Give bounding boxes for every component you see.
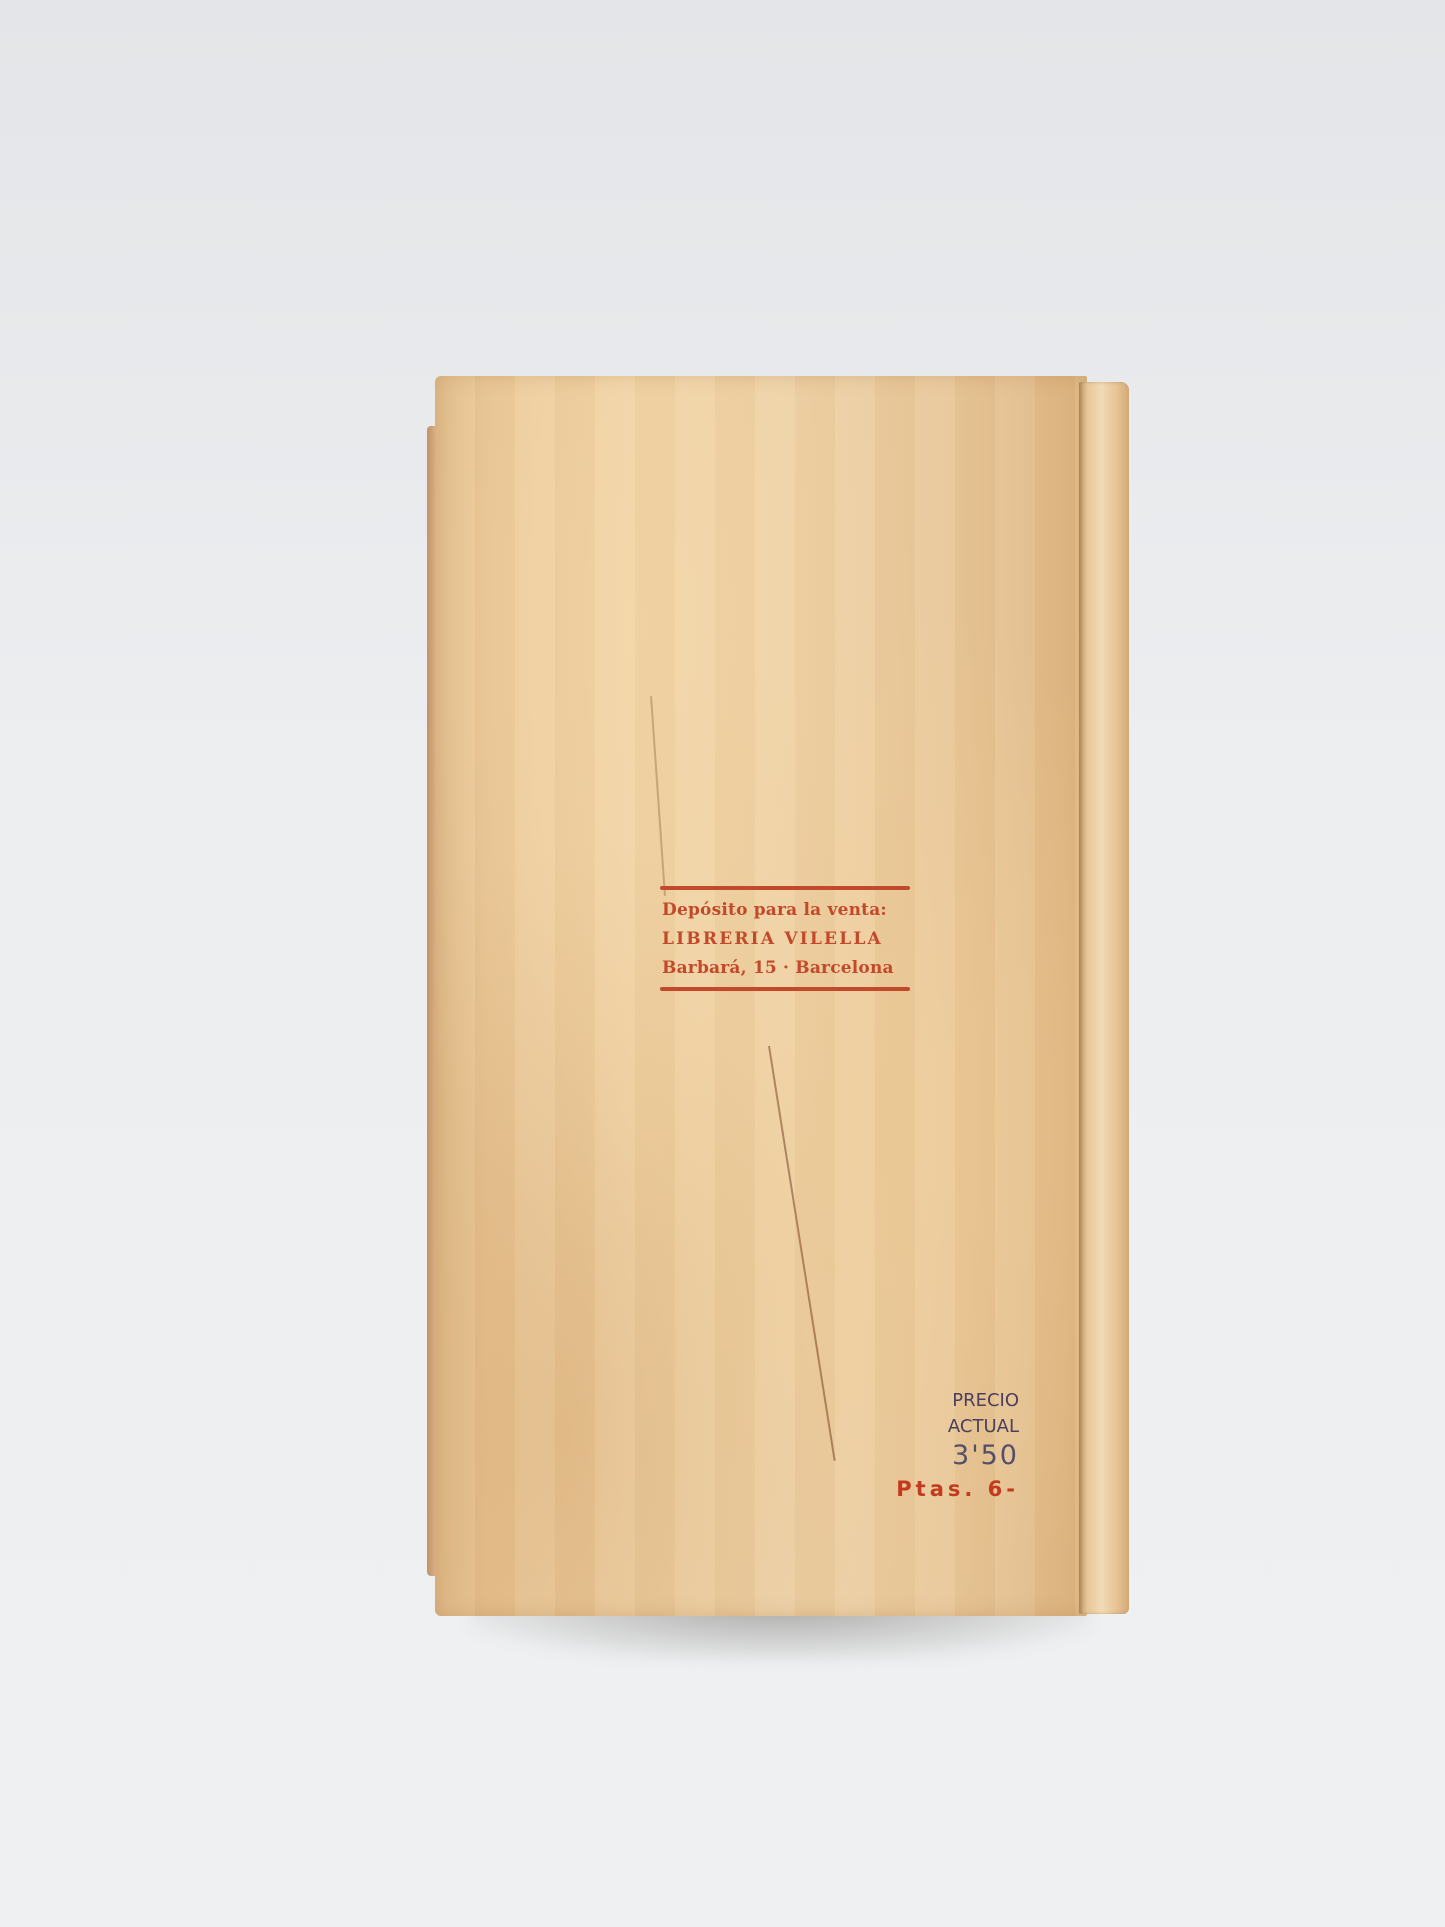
price-label: PRECIO [855, 1388, 1055, 1414]
stamp-line-bookshop: LIBRERIA VILELLA [662, 925, 910, 954]
current-price: 3'50 [855, 1440, 1055, 1472]
stamp-bottom-rule [660, 987, 910, 991]
original-price: Ptas. 6- [855, 1472, 1055, 1506]
back-cover: Depósito para la venta: LIBRERIA VILELLA… [435, 376, 1087, 1616]
cover-crease [650, 696, 666, 896]
current-label: ACTUAL [855, 1414, 1055, 1440]
book: Depósito para la venta: LIBRERIA VILELLA… [435, 376, 1130, 1616]
bookseller-stamp: Depósito para la venta: LIBRERIA VILELLA… [660, 886, 910, 991]
stamp-line-deposit: Depósito para la venta: [662, 896, 910, 925]
price-stamp: PRECIO ACTUAL 3'50 Ptas. 6- [855, 1388, 1055, 1506]
cover-crack [768, 1046, 836, 1461]
book-spine [1079, 382, 1129, 1614]
stamp-line-address: Barbará, 15 · Barcelona [662, 954, 910, 983]
